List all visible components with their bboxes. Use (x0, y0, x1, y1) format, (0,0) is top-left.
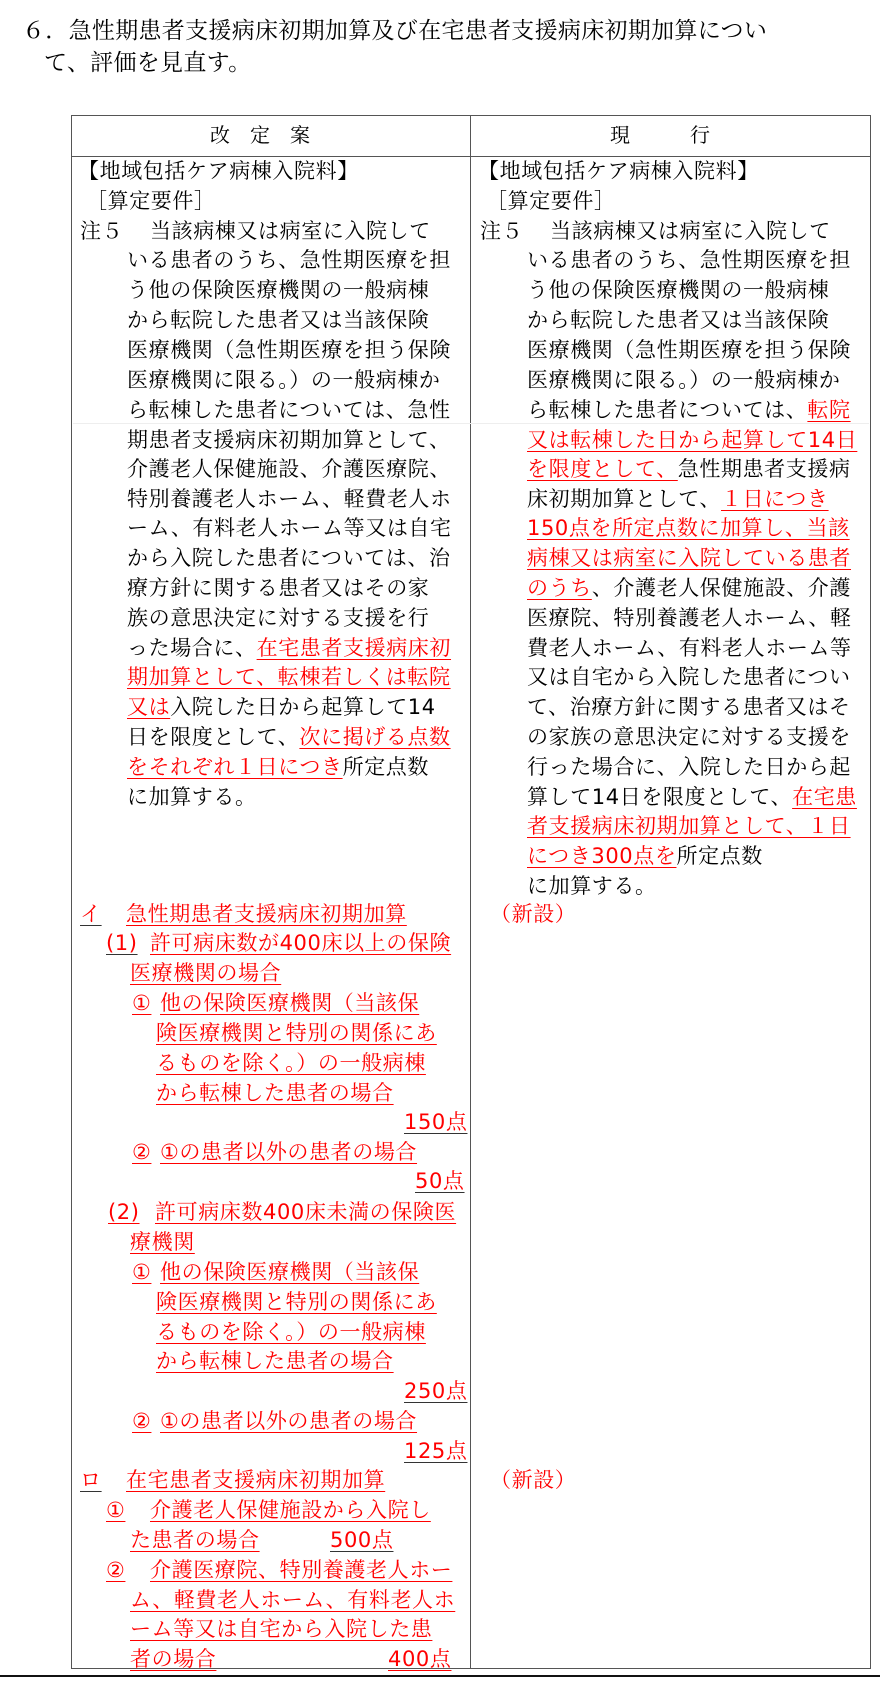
revision-text: 転院 (807, 398, 850, 422)
revision-text: 許可病床数400床未満の保険医 (155, 1198, 456, 1226)
current-text-line: 費老人ホーム、有料老人ホーム等 (527, 634, 852, 662)
item-label-circle-2: ② (132, 1138, 151, 1166)
current-text-line: 又は自宅から入院した患者につい (527, 663, 851, 691)
text-span: った場合に、 (127, 636, 257, 660)
text-span: 床初期加算として、 (527, 487, 721, 511)
new-establishment-label: （新設） (490, 900, 576, 928)
header-proposed: 改 定 案 (210, 121, 310, 149)
current-text-line: を限度として、急性期患者支援病 (527, 455, 851, 483)
revision-text: から転棟した患者の場合 (156, 1347, 394, 1375)
proposed-text-line: ーム、有料老人ホーム等又は自宅 (127, 514, 452, 542)
item-label-circle-1: ① (132, 989, 151, 1017)
points-value: 150点 (404, 1108, 467, 1136)
item-label-circle-1: ① (106, 1496, 125, 1524)
revision-text: るものを除く。）の一般病棟 (156, 1318, 426, 1346)
text-span: 急性期患者支援病 (678, 457, 851, 481)
current-text-line: いる患者のうち、急性期医療を担 (527, 246, 851, 274)
revision-text: ーム等又は自宅から入院した患 (130, 1615, 432, 1643)
table-column-divider (470, 115, 471, 1669)
proposed-text-line: いる患者のうち、急性期医療を担 (127, 246, 451, 274)
points-value: 400点 (388, 1645, 451, 1673)
text-span: 日を限度として、 (127, 725, 299, 749)
proposed-text-line: う他の保険医療機関の一般病棟 (127, 276, 429, 304)
revision-text: をそれぞれ１日につき (127, 755, 343, 779)
item-label-circle-2: ② (132, 1407, 151, 1435)
proposed-text-line: から転院した患者又は当該保険 (127, 306, 429, 334)
proposed-text-line: 又は入院した日から起算して14 (127, 693, 436, 721)
revision-text: から転棟した患者の場合 (156, 1079, 394, 1107)
proposed-text-line: ら転棟した患者については、急性 (127, 396, 451, 424)
bottom-rule (0, 1675, 880, 1677)
current-text-line: 当該病棟又は病室に入院して (550, 217, 831, 245)
revision-text: 介護医療院、特別養護老人ホー (150, 1556, 452, 1584)
item-title-acute: 急性期患者支援病床初期加算 (126, 900, 407, 928)
proposed-text-line: 介護老人保健施設、介護医療院、 (127, 455, 451, 483)
text-span: 所定点数 (343, 755, 429, 779)
revision-text: た患者の場合 (130, 1526, 260, 1554)
revision-text: 在宅患者支援病床初 (257, 636, 451, 660)
item-label-ro: ロ (80, 1466, 102, 1494)
item-label-i: イ (80, 900, 102, 928)
item-label-1: (1) (106, 929, 138, 957)
current-requirement-label: ［算定要件］ (486, 187, 616, 215)
proposed-note-label: 注５ (80, 217, 123, 245)
proposed-text-line: 特別養護老人ホーム、軽費老人ホ (127, 485, 452, 513)
proposed-text-line: 医療機関（急性期医療を担う保険 (127, 336, 451, 364)
revision-text: 療機関 (130, 1228, 195, 1256)
header-current: 現 行 (610, 121, 710, 149)
proposed-section-title: 【地域包括ケア病棟入院料】 (78, 157, 359, 185)
proposed-text-line: 当該病棟又は病室に入院して (150, 217, 431, 245)
text-span: 算して14日を限度として、 (527, 785, 792, 809)
revision-text: 他の保険医療機関（当該保 (160, 989, 419, 1017)
revision-text: 在宅患 (792, 785, 857, 809)
current-text-line: う他の保険医療機関の一般病棟 (527, 276, 829, 304)
proposed-text-line: 期患者支援病床初期加算として、 (127, 426, 451, 454)
current-text-line: から転院した患者又は当該保険 (527, 306, 829, 334)
revision-text: 医療機関の場合 (130, 959, 281, 987)
revision-text: 他の保険医療機関（当該保 (160, 1258, 419, 1286)
revision-text: 険医療機関と特別の関係にあ (156, 1288, 437, 1316)
revision-text: のうち (527, 576, 592, 600)
current-text-line: 医療機関（急性期医療を担う保険 (527, 336, 851, 364)
new-establishment-label: （新設） (490, 1466, 576, 1494)
item-label-2: (2) (108, 1198, 140, 1226)
text-span: 所定点数 (676, 844, 762, 868)
proposed-text-line: をそれぞれ１日につき所定点数 (127, 753, 429, 781)
current-text-line: のうち、介護老人保健施設、介護 (527, 574, 851, 602)
current-text-line: 行った場合に、入院した日から起 (527, 753, 851, 781)
current-text-line: 算して14日を限度として、在宅患 (527, 783, 857, 811)
revision-text: 期加算として、転棟若しくは転院 (127, 663, 451, 691)
revision-text: 者支援病床初期加算として、１日 (527, 812, 851, 840)
text-span: ら転棟した患者については、 (527, 398, 807, 422)
current-text-line: 医療院、特別養護老人ホーム、軽 (527, 604, 852, 632)
revision-text: 介護老人保健施設から入院し (150, 1496, 431, 1524)
proposed-text-line: に加算する。 (127, 783, 257, 811)
current-text-line: て、治療方針に関する患者又はそ (527, 693, 851, 721)
points-value: 125点 (404, 1437, 467, 1465)
item-title-home: 在宅患者支援病床初期加算 (126, 1466, 385, 1494)
proposed-text-line: から入院した患者については、治 (127, 544, 451, 572)
proposed-text-line: った場合に、在宅患者支援病床初 (127, 634, 451, 662)
item-label-circle-1: ① (132, 1258, 151, 1286)
proposed-text-line: 医療機関に限る。）の一般病棟か (127, 366, 441, 394)
points-value: 500点 (330, 1526, 393, 1554)
current-text-line: の家族の意思決定に対する支援を (527, 723, 851, 751)
current-text-line: ら転棟した患者については、転院 (527, 396, 851, 424)
revision-text: １日につき (721, 487, 829, 511)
revision-text: 150点を所定点数に加算し、当該 (527, 514, 850, 542)
text-span: 、介護老人保健施設、介護 (592, 576, 851, 600)
revision-text: 次に掲げる点数 (299, 725, 450, 749)
points-value: 50点 (415, 1167, 465, 1195)
revision-text: ム、軽費老人ホーム、有料老人ホ (130, 1586, 455, 1614)
revision-text: 又は (127, 695, 170, 719)
revision-text: 又は転棟した日から起算して14日 (527, 426, 857, 454)
current-text-line: 床初期加算として、１日につき (527, 485, 829, 513)
revision-text: につき300点を (527, 844, 676, 868)
revision-text: 者の場合 (130, 1645, 216, 1673)
revision-text: ①の患者以外の患者の場合 (160, 1407, 417, 1435)
revision-text: 許可病床数が400床以上の保険 (150, 929, 451, 957)
current-text-line: に加算する。 (527, 872, 657, 900)
current-text-line: につき300点を所定点数 (527, 842, 763, 870)
item-label-circle-2: ② (106, 1556, 125, 1584)
proposed-text-line: 療方針に関する患者又はその家 (127, 574, 429, 602)
revision-text: 病棟又は病室に入院している患者 (527, 544, 851, 572)
section-heading-line2: て、評価を見直す。 (44, 48, 251, 78)
revision-text: 険医療機関と特別の関係にあ (156, 1019, 437, 1047)
current-text-line: 医療機関に限る。）の一般病棟か (527, 366, 841, 394)
revision-text: るものを除く。）の一般病棟 (156, 1049, 426, 1077)
proposed-text-line: 族の意思決定に対する支援を行 (127, 604, 429, 632)
current-section-title: 【地域包括ケア病棟入院料】 (478, 157, 759, 185)
current-note-label: 注５ (480, 217, 523, 245)
points-value: 250点 (404, 1377, 467, 1405)
section-heading-line1: ６．急性期患者支援病床初期加算及び在宅患者支援病床初期加算につい (22, 16, 767, 46)
revision-text: ①の患者以外の患者の場合 (160, 1138, 417, 1166)
text-span: 入院した日から起算して14 (170, 695, 436, 719)
proposed-text-line: 日を限度として、次に掲げる点数 (127, 723, 451, 751)
revision-text: を限度として、 (527, 457, 678, 481)
proposed-requirement-label: ［算定要件］ (86, 187, 216, 215)
